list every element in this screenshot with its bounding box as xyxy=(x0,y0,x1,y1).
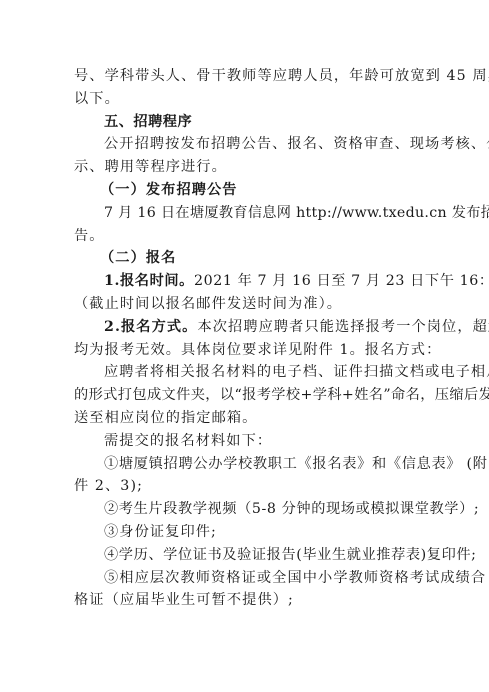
list-item: ①塘厦镇招聘公办学校教职工《报名表》和《信息表》 (附 xyxy=(74,453,432,476)
list-item-continuation: 件 2、3); xyxy=(74,475,432,498)
section-heading: 五、招聘程序 xyxy=(74,111,432,134)
list-item: ②考生片段教学视频（5-8 分钟的现场或模拟课堂教学）; xyxy=(74,498,432,521)
paragraph-line: 的形式打包成文件夹，以“报考学校+学科+姓名”命名，压缩后发 xyxy=(74,384,432,407)
paragraph-line: 需提交的报名材料如下： xyxy=(74,430,432,453)
paragraph-line: 号、学科带头人、骨干教师等应聘人员，年龄可放宽到 45 周岁 xyxy=(74,65,432,88)
paragraph-line: 均为报考无效。具体岗位要求详见附件 1。报名方式： xyxy=(74,339,432,362)
subsection-heading: （二）报名 xyxy=(74,247,432,270)
paragraph-line: 应聘者将相关报名材料的电子档、证件扫描文档或电子相片 xyxy=(74,361,432,384)
subsection-heading: （一）发布招聘公告 xyxy=(74,179,432,202)
paragraph-line: 公开招聘按发布招聘公告、报名、资格审查、现场考核、公 xyxy=(74,133,432,156)
item-label: 1.报名时间。 xyxy=(104,273,194,289)
item-label: 2.报名方式。 xyxy=(104,319,197,335)
list-item-continuation: 格证（应届毕业生可暂不提供）; xyxy=(74,589,432,612)
paragraph-line: 送至相应岗位的指定邮箱。 xyxy=(74,407,432,430)
list-item: ④学历、学位证书及验证报告(毕业生就业推荐表)复印件; xyxy=(74,544,432,567)
paragraph-line: 告。 xyxy=(74,225,432,248)
paragraph-line: 1.报名时间。2021 年 7 月 16 日至 7 月 23 日下午 16：00… xyxy=(74,270,432,293)
paragraph-text: 7 月 16 日在塘厦教育信息网 http://www.txedu.cn 发布招… xyxy=(104,205,489,221)
paragraph-line: （截止时间以报名邮件发送时间为准）。 xyxy=(74,293,432,316)
paragraph-line: 示、聘用等程序进行。 xyxy=(74,156,432,179)
document-page: 号、学科带头人、骨干教师等应聘人员，年龄可放宽到 45 周岁 以下。 五、招聘程… xyxy=(74,65,432,612)
paragraph-text: 本次招聘应聘者只能选择报考一个岗位，超过 xyxy=(197,319,489,335)
list-item: ③身份证复印件; xyxy=(74,521,432,544)
list-item: ⑤相应层次教师资格证或全国中小学教师资格考试成绩合 xyxy=(74,567,432,590)
paragraph-text: 2021 年 7 月 16 日至 7 月 23 日下午 16：00 止 xyxy=(194,273,489,289)
paragraph-line: 2.报名方式。本次招聘应聘者只能选择报考一个岗位，超过 xyxy=(74,316,432,339)
paragraph-line: 以下。 xyxy=(74,88,432,111)
paragraph-line: 7 月 16 日在塘厦教育信息网 http://www.txedu.cn 发布招… xyxy=(74,202,432,225)
